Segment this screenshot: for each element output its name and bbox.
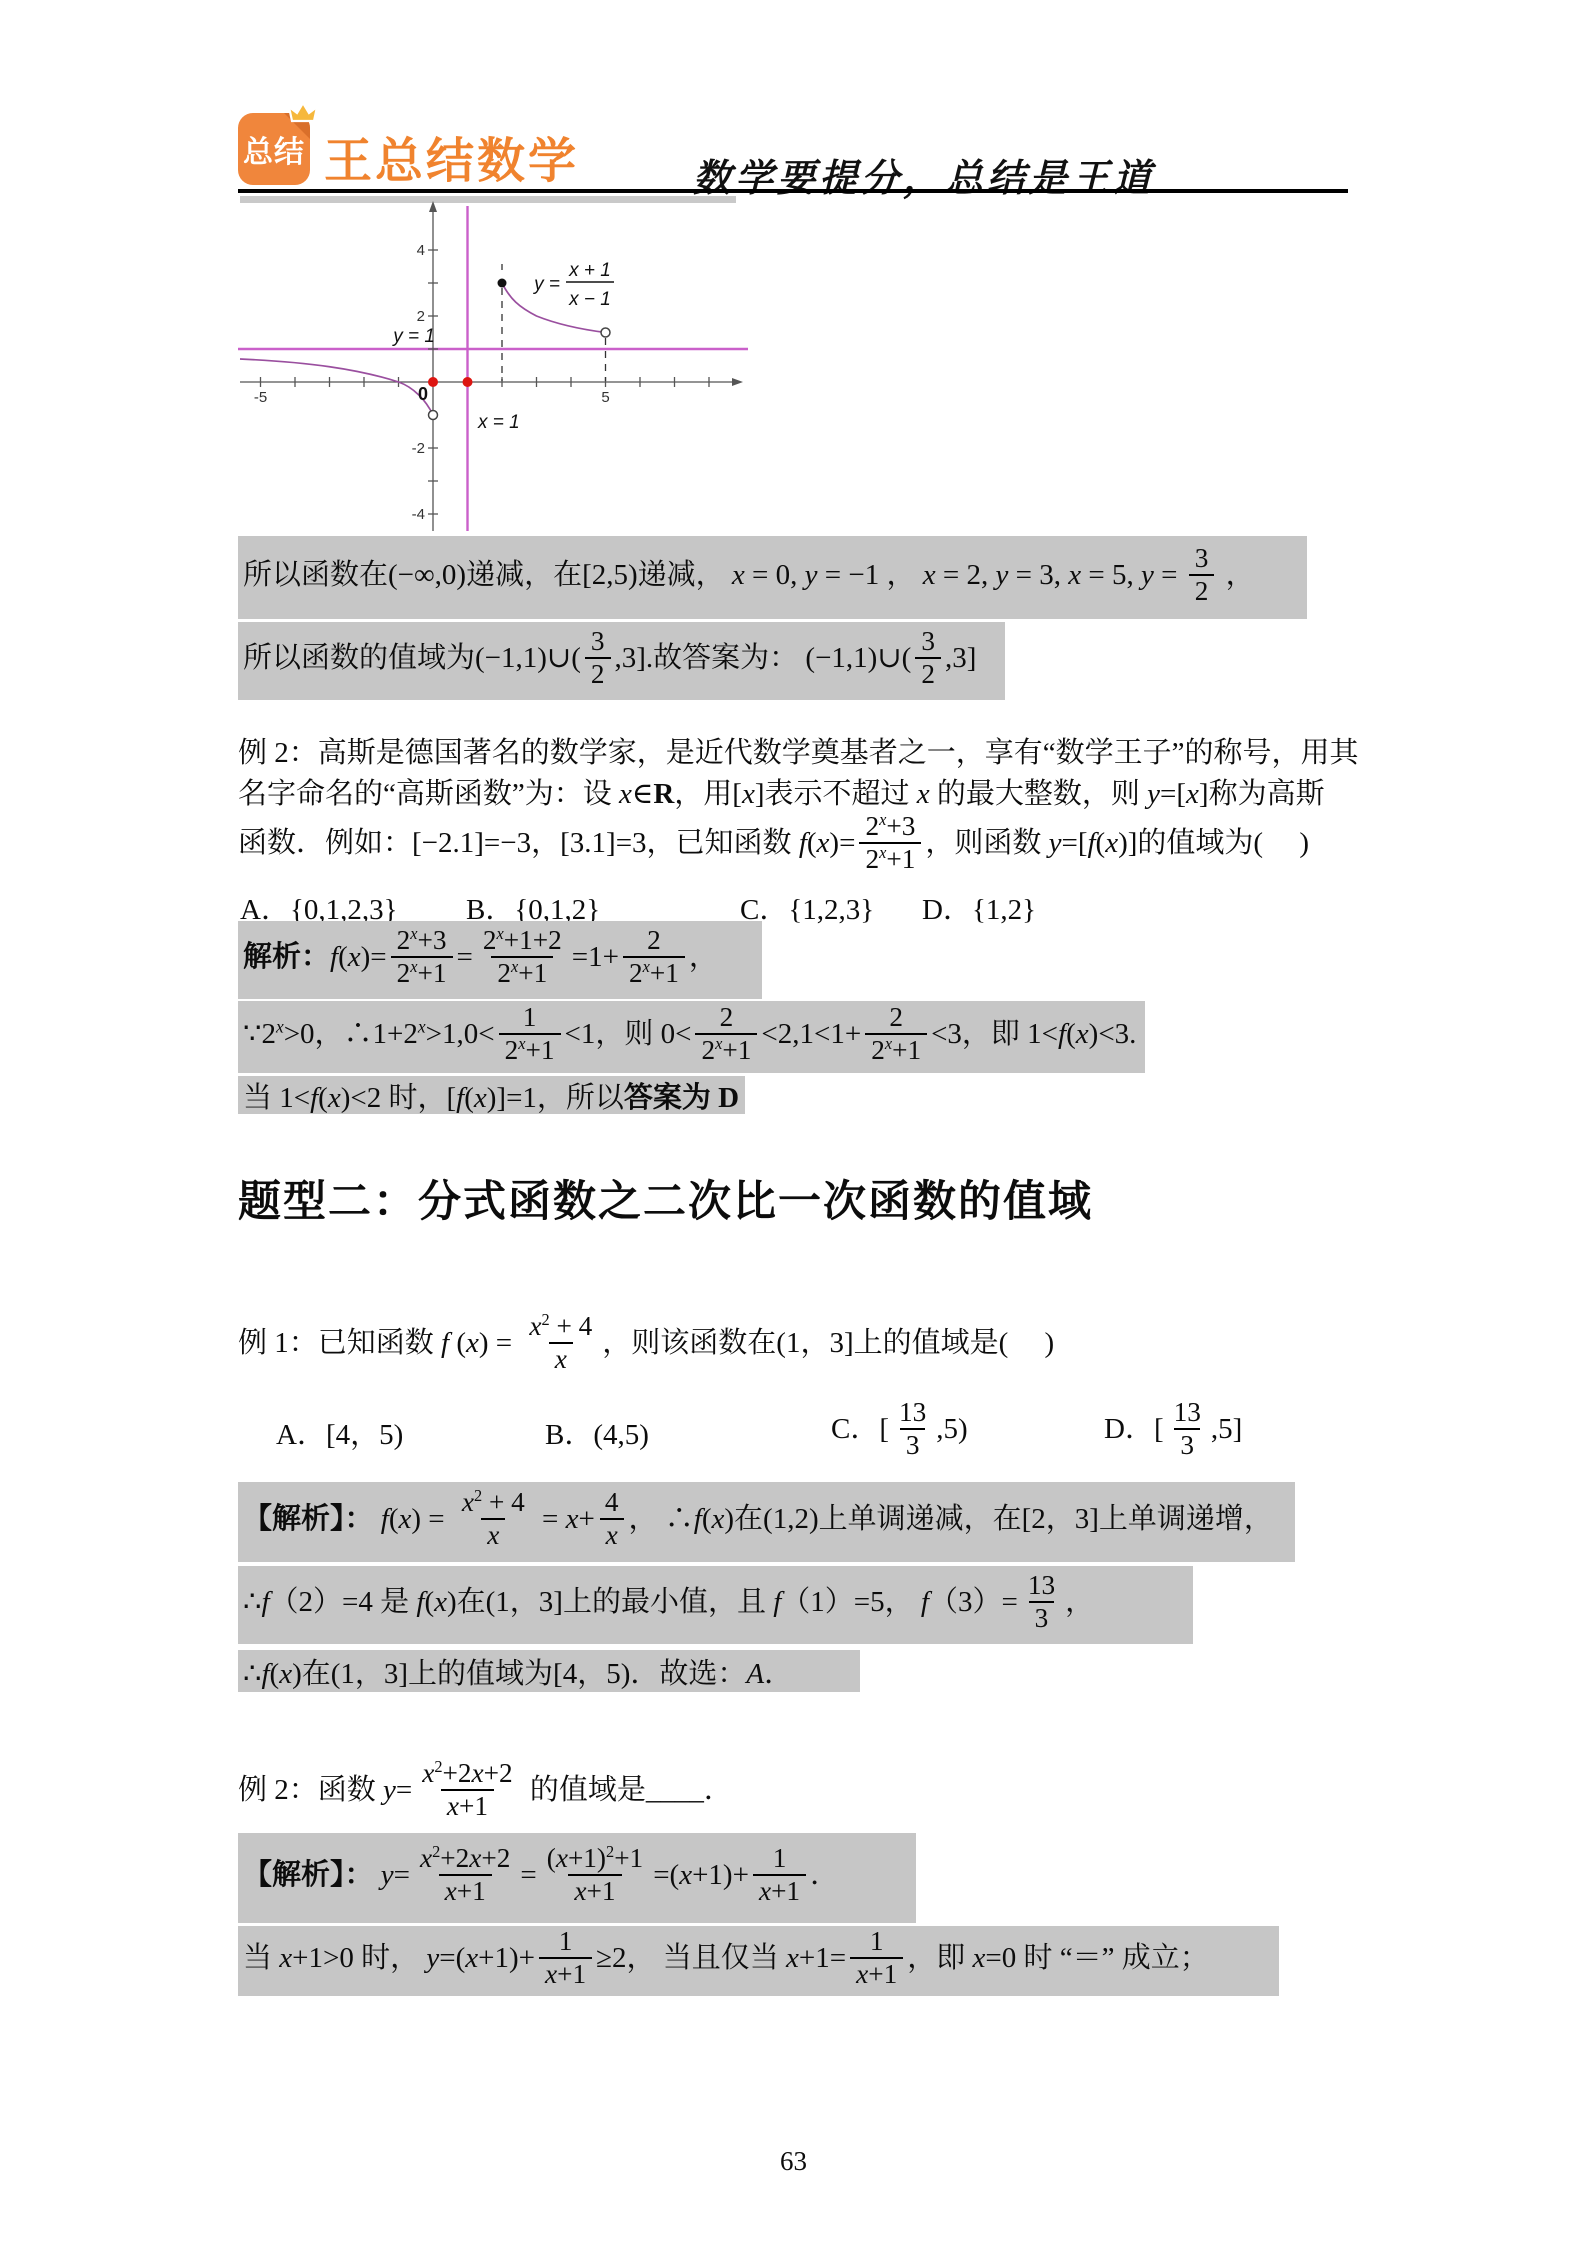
svg-text:-2: -2 xyxy=(412,440,425,457)
option-a: A．[4，5) xyxy=(276,1396,403,1468)
page-number: 63 xyxy=(0,2146,1587,2177)
gauss-solution-line2: ∵2x>0，∴1+2x>1,0<12x+1<1，则 0<22x+1<2,1<1+… xyxy=(238,1001,1145,1073)
red-marker-x1 xyxy=(463,377,473,387)
example2-solution-line2: 当 x+1>0 时， y=(x+1)+1x+1≥2， 当且仅当 x+1=1x+1… xyxy=(238,1926,1279,1996)
figure-top-bar xyxy=(240,196,736,203)
brand-slogan: 数学要提分，总结是王道 xyxy=(693,147,1155,202)
example2-solution-line1: 【解析】： y=x2+2x+2x+1=(x+1)2+1x+1=(x+1)+1x+… xyxy=(238,1833,916,1923)
function-graph-figure: 4 2 -2 -4 -5 5 0 y = 1 x = 1 y = x + 1 x… xyxy=(238,196,748,534)
example2-gauss-statement: 例 2：高斯是德国著名的数学家，是近代数学奠基者之一，享有“数学王子”的称号，用… xyxy=(238,733,1378,877)
worksheet-page: 总结 王总结数学 数学要提分，总结是王道 xyxy=(0,0,1587,2245)
origin-label: 0 xyxy=(418,384,428,404)
option-d: D．[133,5] xyxy=(1104,1396,1242,1468)
example1-solution-line1: 【解析】： f(x) = x2 + 4x = x+4x， ∴f(x)在(1,2)… xyxy=(238,1482,1295,1562)
svg-text:2: 2 xyxy=(417,308,425,325)
gauss-solution-line1: 解析：f(x)=2x+32x+1=2x+1+22x+1=1+22x+1， xyxy=(238,921,762,999)
red-marker-origin xyxy=(428,377,438,387)
highlight-monotonicity-line: 所以函数在(−∞,0)递减，在[2,5)递减， x = 0, y = −1 ， … xyxy=(238,536,1307,619)
h-asymptote-label: y = 1 xyxy=(391,326,435,347)
solid-point-2-3 xyxy=(498,279,507,288)
svg-text:-4: -4 xyxy=(412,506,425,523)
svg-text:5: 5 xyxy=(601,389,609,406)
option-c: C．[133,5) xyxy=(831,1396,968,1468)
example2-statement: 例 2：函数 y=x2+2x+2x+1 的值域是____． xyxy=(238,1748,733,1838)
gauss-solution-line3: 当 1<f(x)<2 时，[f(x)]=1，所以答案为 D xyxy=(238,1076,745,1114)
curve-left-branch xyxy=(240,359,433,415)
example1-options-row: A．[4，5) B．(4,5) C．[133,5) D．[133,5] xyxy=(238,1396,1438,1468)
option-d: D．{1,2} xyxy=(922,886,1036,928)
svg-text:y =: y = xyxy=(532,274,560,295)
open-point-0-neg1 xyxy=(429,411,438,420)
option-b: B．(4,5) xyxy=(545,1396,649,1468)
axes xyxy=(240,208,736,531)
header-rule xyxy=(238,189,1348,193)
svg-text:x − 1: x − 1 xyxy=(568,289,611,310)
svg-text:-5: -5 xyxy=(254,389,267,406)
example1-statement: 例 1：已知函数 f (x) = x2 + 4x，则该函数在(1，3]上的值域是… xyxy=(238,1300,1054,1392)
open-point-5-1p5 xyxy=(601,328,610,337)
curve-equation-label: y = x + 1 x − 1 xyxy=(532,260,614,310)
highlight-range-answer-line: 所以函数的值域为(−1,1)∪(32,3].故答案为： (−1,1)∪(32,3… xyxy=(238,622,1005,700)
svg-text:4: 4 xyxy=(417,242,425,259)
example1-solution-line3: ∴f(x)在(1，3]上的值域为[4，5)．故选：A． xyxy=(238,1650,860,1692)
example1-solution-line2: ∴f（2）=4 是 f(x)在(1，3]上的最小值，且 f（1）=5， f（3）… xyxy=(238,1566,1193,1644)
brand-name: 王总结数学 xyxy=(324,122,579,191)
section-title: 题型二：分式函数之二次比一次函数的值域 xyxy=(238,1168,1093,1229)
x-axis-arrow xyxy=(732,378,743,386)
v-asymptote-label: x = 1 xyxy=(477,412,520,433)
crown-icon xyxy=(286,99,320,129)
brand-logo-icon: 总结 xyxy=(238,113,310,185)
svg-text:x + 1: x + 1 xyxy=(568,260,611,281)
logo-badge-text: 总结 xyxy=(243,127,305,171)
